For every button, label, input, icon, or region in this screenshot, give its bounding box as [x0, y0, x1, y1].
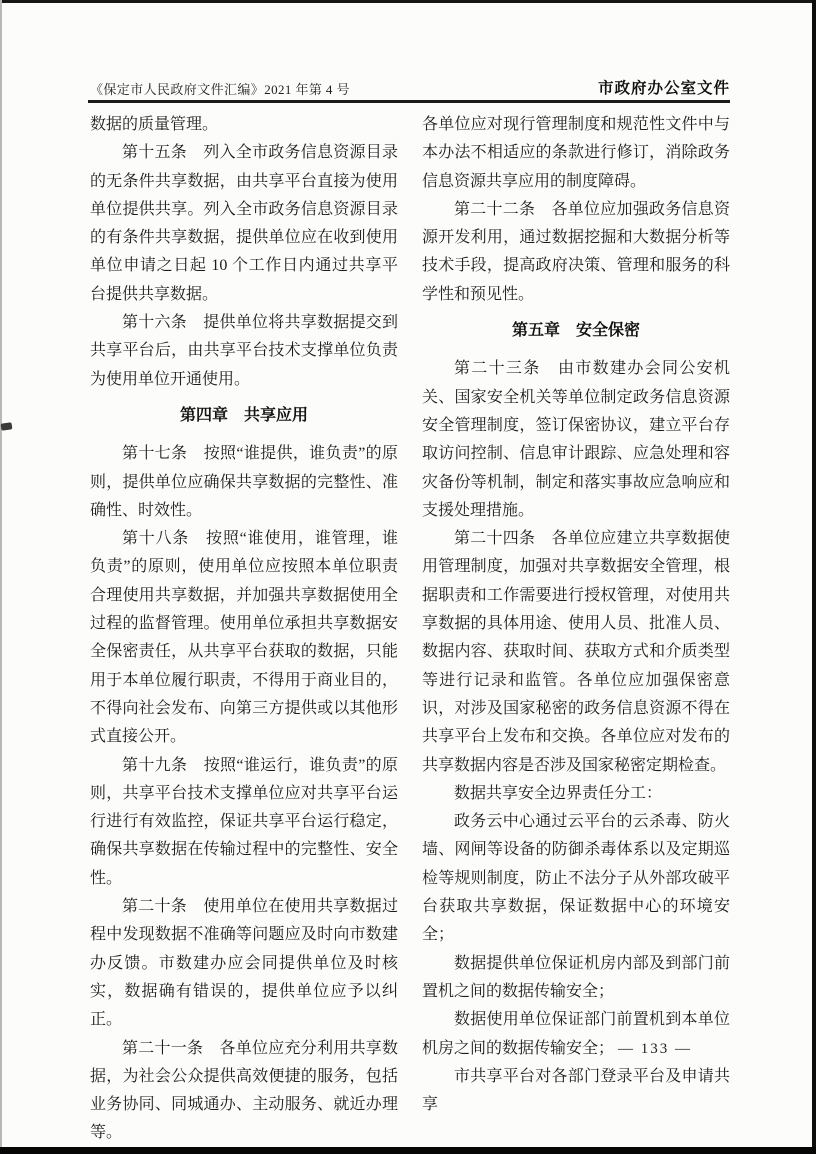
- article-17: 第十七条 按照“谁提供，谁负责”的原则，提供单位应确保共享数据的完整性、准确性、…: [90, 440, 398, 525]
- article-23: 第二十三条 由市数建办会同公安机关、国家安全机关等单位制定政务信息资源安全管理制…: [422, 355, 730, 525]
- header-publication-title: 《保定市人民政府文件汇编》2021 年第 4 号: [90, 79, 350, 98]
- scan-edge-left: [0, 0, 2, 1154]
- paragraph: 政务云中心通过云平台的云杀毒、防火墙、网闸等设备的防御杀毒体系以及定期巡检等规则…: [422, 808, 730, 949]
- article-22: 第二十二条 各单位应加强政务信息资源开发利用，通过数据挖掘和大数据分析等技术手段…: [422, 196, 730, 309]
- scanned-document-page: 《保定市人民政府文件汇编》2021 年第 4 号 市政府办公室文件 数据的质量管…: [0, 0, 816, 1154]
- page-number: — 133 —: [599, 1041, 711, 1058]
- paragraph: 数据提供单位保证机房内部及到部门前置机之间的数据传输安全；: [422, 950, 730, 1007]
- left-column: 数据的质量管理。 第十五条 列入全市政务信息资源目录的无条件共享数据，由共享平台…: [90, 111, 398, 1148]
- scan-edge-top: [0, 0, 816, 3]
- scan-edge-bottom: [0, 1147, 816, 1154]
- article-20: 第二十条 使用单位在使用共享数据过程中发现数据不准确等问题应及时向市数建办反馈。…: [90, 893, 398, 1034]
- paragraph: 市共享平台对各部门登录平台及申请共享: [422, 1063, 730, 1120]
- scan-edge-right: [812, 0, 816, 1154]
- right-column: 各单位应对现行管理制度和规范性文件中与本办法不相适应的条款进行修订，消除政务信息…: [422, 111, 730, 1148]
- paragraph: 数据共享安全边界责任分工：: [422, 780, 730, 808]
- article-19: 第十九条 按照“谁运行，谁负责”的原则，共享平台技术支撑单位应对共享平台运行进行…: [90, 752, 398, 893]
- article-21: 第二十一条 各单位应充分利用共享数据，为社会公众提供高效便捷的服务，包括业务协同…: [90, 1035, 398, 1148]
- header-document-category: 市政府办公室文件: [598, 76, 730, 98]
- page-header: 《保定市人民政府文件汇编》2021 年第 4 号 市政府办公室文件: [90, 76, 730, 98]
- article-15: 第十五条 列入全市政务信息资源目录的无条件共享数据，由共享平台直接为使用单位提供…: [90, 139, 398, 309]
- chapter-5-heading: 第五章 安全保密: [422, 317, 730, 345]
- scan-artifact: [1, 422, 13, 430]
- document-body: 数据的质量管理。 第十五条 列入全市政务信息资源目录的无条件共享数据，由共享平台…: [90, 111, 730, 1148]
- paragraph: 数据的质量管理。: [90, 111, 398, 139]
- paragraph: 各单位应对现行管理制度和规范性文件中与本办法不相适应的条款进行修订，消除政务信息…: [422, 111, 730, 196]
- chapter-4-heading: 第四章 共享应用: [90, 402, 398, 430]
- article-18: 第十八条 按照“谁使用，谁管理，谁负责”的原则，使用单位应按照本单位职责合理使用…: [90, 525, 398, 751]
- article-24: 第二十四条 各单位应建立共享数据使用管理制度，加强对共享数据安全管理，根据职责和…: [422, 525, 730, 780]
- article-16: 第十六条 提供单位将共享数据提交到共享平台后，由共享平台技术支撑单位负责为使用单…: [90, 309, 398, 394]
- header-rule: [88, 100, 730, 103]
